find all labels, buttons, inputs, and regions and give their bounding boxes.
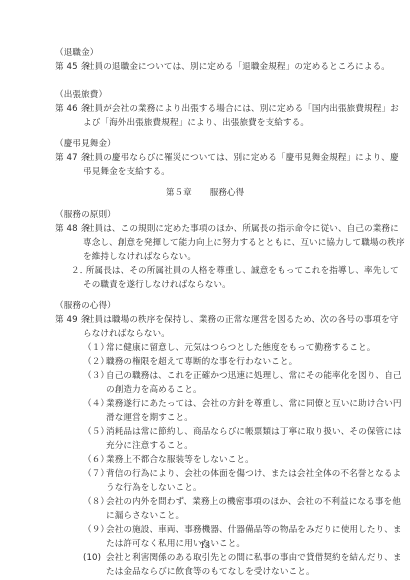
article-text-continued: よび「海外出張旅費規程」により、出張旅費を支給する。 xyxy=(83,116,309,130)
item-text: 会社の内外を問わず、業務上の機密事項のほか、会社の不利益になる事を他 xyxy=(106,497,401,507)
item-number: （５） xyxy=(83,425,106,439)
item-text-continued: 滑な運営を期すこと。 xyxy=(106,411,193,425)
item-text-continued: うな行為をしないこと。 xyxy=(106,481,202,495)
article-45: 第 45 条 社員の退職金については、別に定める「退職金規程」の定めるところによ… xyxy=(55,60,390,74)
article-47: 第 47 条 社員の慶弔ならびに罹災については、別に定める「慶弔見舞金規程」によ… xyxy=(55,151,399,165)
section-heading-travel: （出張旅費） xyxy=(55,88,107,102)
list-item: （３）自己の職務は、これを正確かつ迅速に処理し、常にその能率化を図り、自己 xyxy=(83,369,402,383)
item-text: 消耗品は常に節約し、商品ならびに帳票類は丁寧に取り扱い、その保管には xyxy=(106,427,402,437)
item-text: 常に健康に留意し、元気はつらつとした態度をもって勤務すること。 xyxy=(106,343,375,353)
item-text-continued: たは金品ならびに飲食等のもてなしを受けないこと。 xyxy=(106,565,315,579)
item-number: （３） xyxy=(83,369,106,383)
section-heading-service-rules: （服務の心得） xyxy=(55,299,116,313)
list-item: （６）業務上不都合な服装等をしないこと。 xyxy=(83,453,254,467)
article-text: 社員の慶弔ならびに罹災については、別に定める「慶弔見舞金規程」により、慶 xyxy=(86,153,399,163)
item-number: （６） xyxy=(83,453,106,467)
list-item: （９）会社の施設、車両、事務機器、什器備品等の物品をみだりに使用したり、ま xyxy=(83,523,402,537)
article-text: 社員が会社の業務により出張する場合には、別に定める「国内出張旅費規程」お xyxy=(86,104,399,114)
list-item: （４）業務遂行にあたっては、会社の方針を尊重し、常に同僚と互いに助け合い円 xyxy=(83,397,402,411)
page-number: 13 xyxy=(0,540,410,552)
article-48-paragraph-2: ２． 所属長は、その所属社員の人格を尊重し、誠意をもってこれを指導し、率先して xyxy=(71,264,399,278)
item-text-continued: 充分に注意すること。 xyxy=(106,439,193,453)
list-item: （２）職務の権限を超えて専断的な事を行わないこと。 xyxy=(83,355,297,369)
article-text-continued: 弔見舞金を支給する。 xyxy=(83,165,170,179)
article-49: 第 49 条 社員は職場の秩序を保持し、業務の正常な運営を図るため、次の各号の事… xyxy=(55,313,398,327)
article-number: 第 47 条 xyxy=(55,151,83,165)
chapter-number: 第５章 xyxy=(166,188,192,198)
section-heading-condolence: （慶弔見舞金） xyxy=(55,137,116,151)
item-text: 業務上不都合な服装等をしないこと。 xyxy=(106,455,254,465)
article-number: 第 48 条 xyxy=(55,222,83,236)
paragraph-text-continued: その職責を遂行しなければならない。 xyxy=(83,278,231,292)
paragraph-number: ２． xyxy=(71,264,83,278)
article-text-continued: らなければならない。 xyxy=(83,327,170,341)
item-text: 業務遂行にあたっては、会社の方針を尊重し、常に同僚と互いに助け合い円 xyxy=(106,399,402,409)
article-48: 第 48 条 社員は、この規則に定めた事項のほか、所属長の指示命令に従い、自己の… xyxy=(55,222,399,236)
list-item: (10)会社と利害関係のある取引先との間に私事の事由で貸借契約を結んだり、ま xyxy=(83,551,402,565)
article-number: 第 45 条 xyxy=(55,60,83,74)
article-text-continued: 専念し、創意を発揮して能力向上に努力するとともに、互いに協力して職場の秩序 xyxy=(83,236,405,250)
chapter-heading: 第５章服務心得 xyxy=(0,186,410,200)
item-number: (10) xyxy=(83,551,106,565)
item-number: （１） xyxy=(83,341,106,355)
item-text: 会社と利害関係のある取引先との間に私事の事由で貸借契約を結んだり、ま xyxy=(106,553,402,563)
section-heading-retirement: （退職金） xyxy=(55,46,98,60)
section-heading-service-principle: （服務の原則） xyxy=(55,208,116,222)
item-number: （９） xyxy=(83,523,106,537)
item-text: 職務の権限を超えて専断的な事を行わないこと。 xyxy=(106,357,297,367)
chapter-title: 服務心得 xyxy=(210,188,244,198)
list-item: （８）会社の内外を問わず、業務上の機密事項のほか、会社の不利益になる事を他 xyxy=(83,495,401,509)
list-item: （１）常に健康に留意し、元気はつらつとした態度をもって勤務すること。 xyxy=(83,341,375,355)
item-text: 会社の施設、車両、事務機器、什器備品等の物品をみだりに使用したり、ま xyxy=(106,525,402,535)
item-text-continued: の創造力を高めること。 xyxy=(106,383,202,397)
list-item: （７）背信の行為により、会社の体面を傷つけ、または会社全体の不名誉となるよ xyxy=(83,467,401,481)
article-text: 社員は職場の秩序を保持し、業務の正常な運営を図るため、次の各号の事項を守 xyxy=(86,315,399,325)
item-text: 自己の職務は、これを正確かつ迅速に処理し、常にその能率化を図り、自己 xyxy=(106,371,402,381)
item-number: （２） xyxy=(83,355,106,369)
article-text: 社員は、この規則に定めた事項のほか、所属長の指示命令に従い、自己の業務に xyxy=(86,224,399,234)
document-page: （退職金） 第 45 条 社員の退職金については、別に定める「退職金規程」の定め… xyxy=(0,0,410,580)
article-text-continued: を維持しなければならない。 xyxy=(83,250,196,264)
article-number: 第 49 条 xyxy=(55,313,83,327)
item-number: （７） xyxy=(83,467,106,481)
article-text: 社員の退職金については、別に定める「退職金規程」の定めるところによる。 xyxy=(86,62,390,72)
paragraph-text: 所属長は、その所属社員の人格を尊重し、誠意をもってこれを指導し、率先して xyxy=(86,266,399,276)
item-text: 背信の行為により、会社の体面を傷つけ、または会社全体の不名誉となるよ xyxy=(106,469,401,479)
article-46: 第 46 条 社員が会社の業務により出張する場合には、別に定める「国内出張旅費規… xyxy=(55,102,399,116)
item-number: （８） xyxy=(83,495,106,509)
item-number: （４） xyxy=(83,397,106,411)
article-number: 第 46 条 xyxy=(55,102,83,116)
list-item: （５）消耗品は常に節約し、商品ならびに帳票類は丁寧に取り扱い、その保管には xyxy=(83,425,402,439)
item-text-continued: に漏らさないこと。 xyxy=(106,509,184,523)
